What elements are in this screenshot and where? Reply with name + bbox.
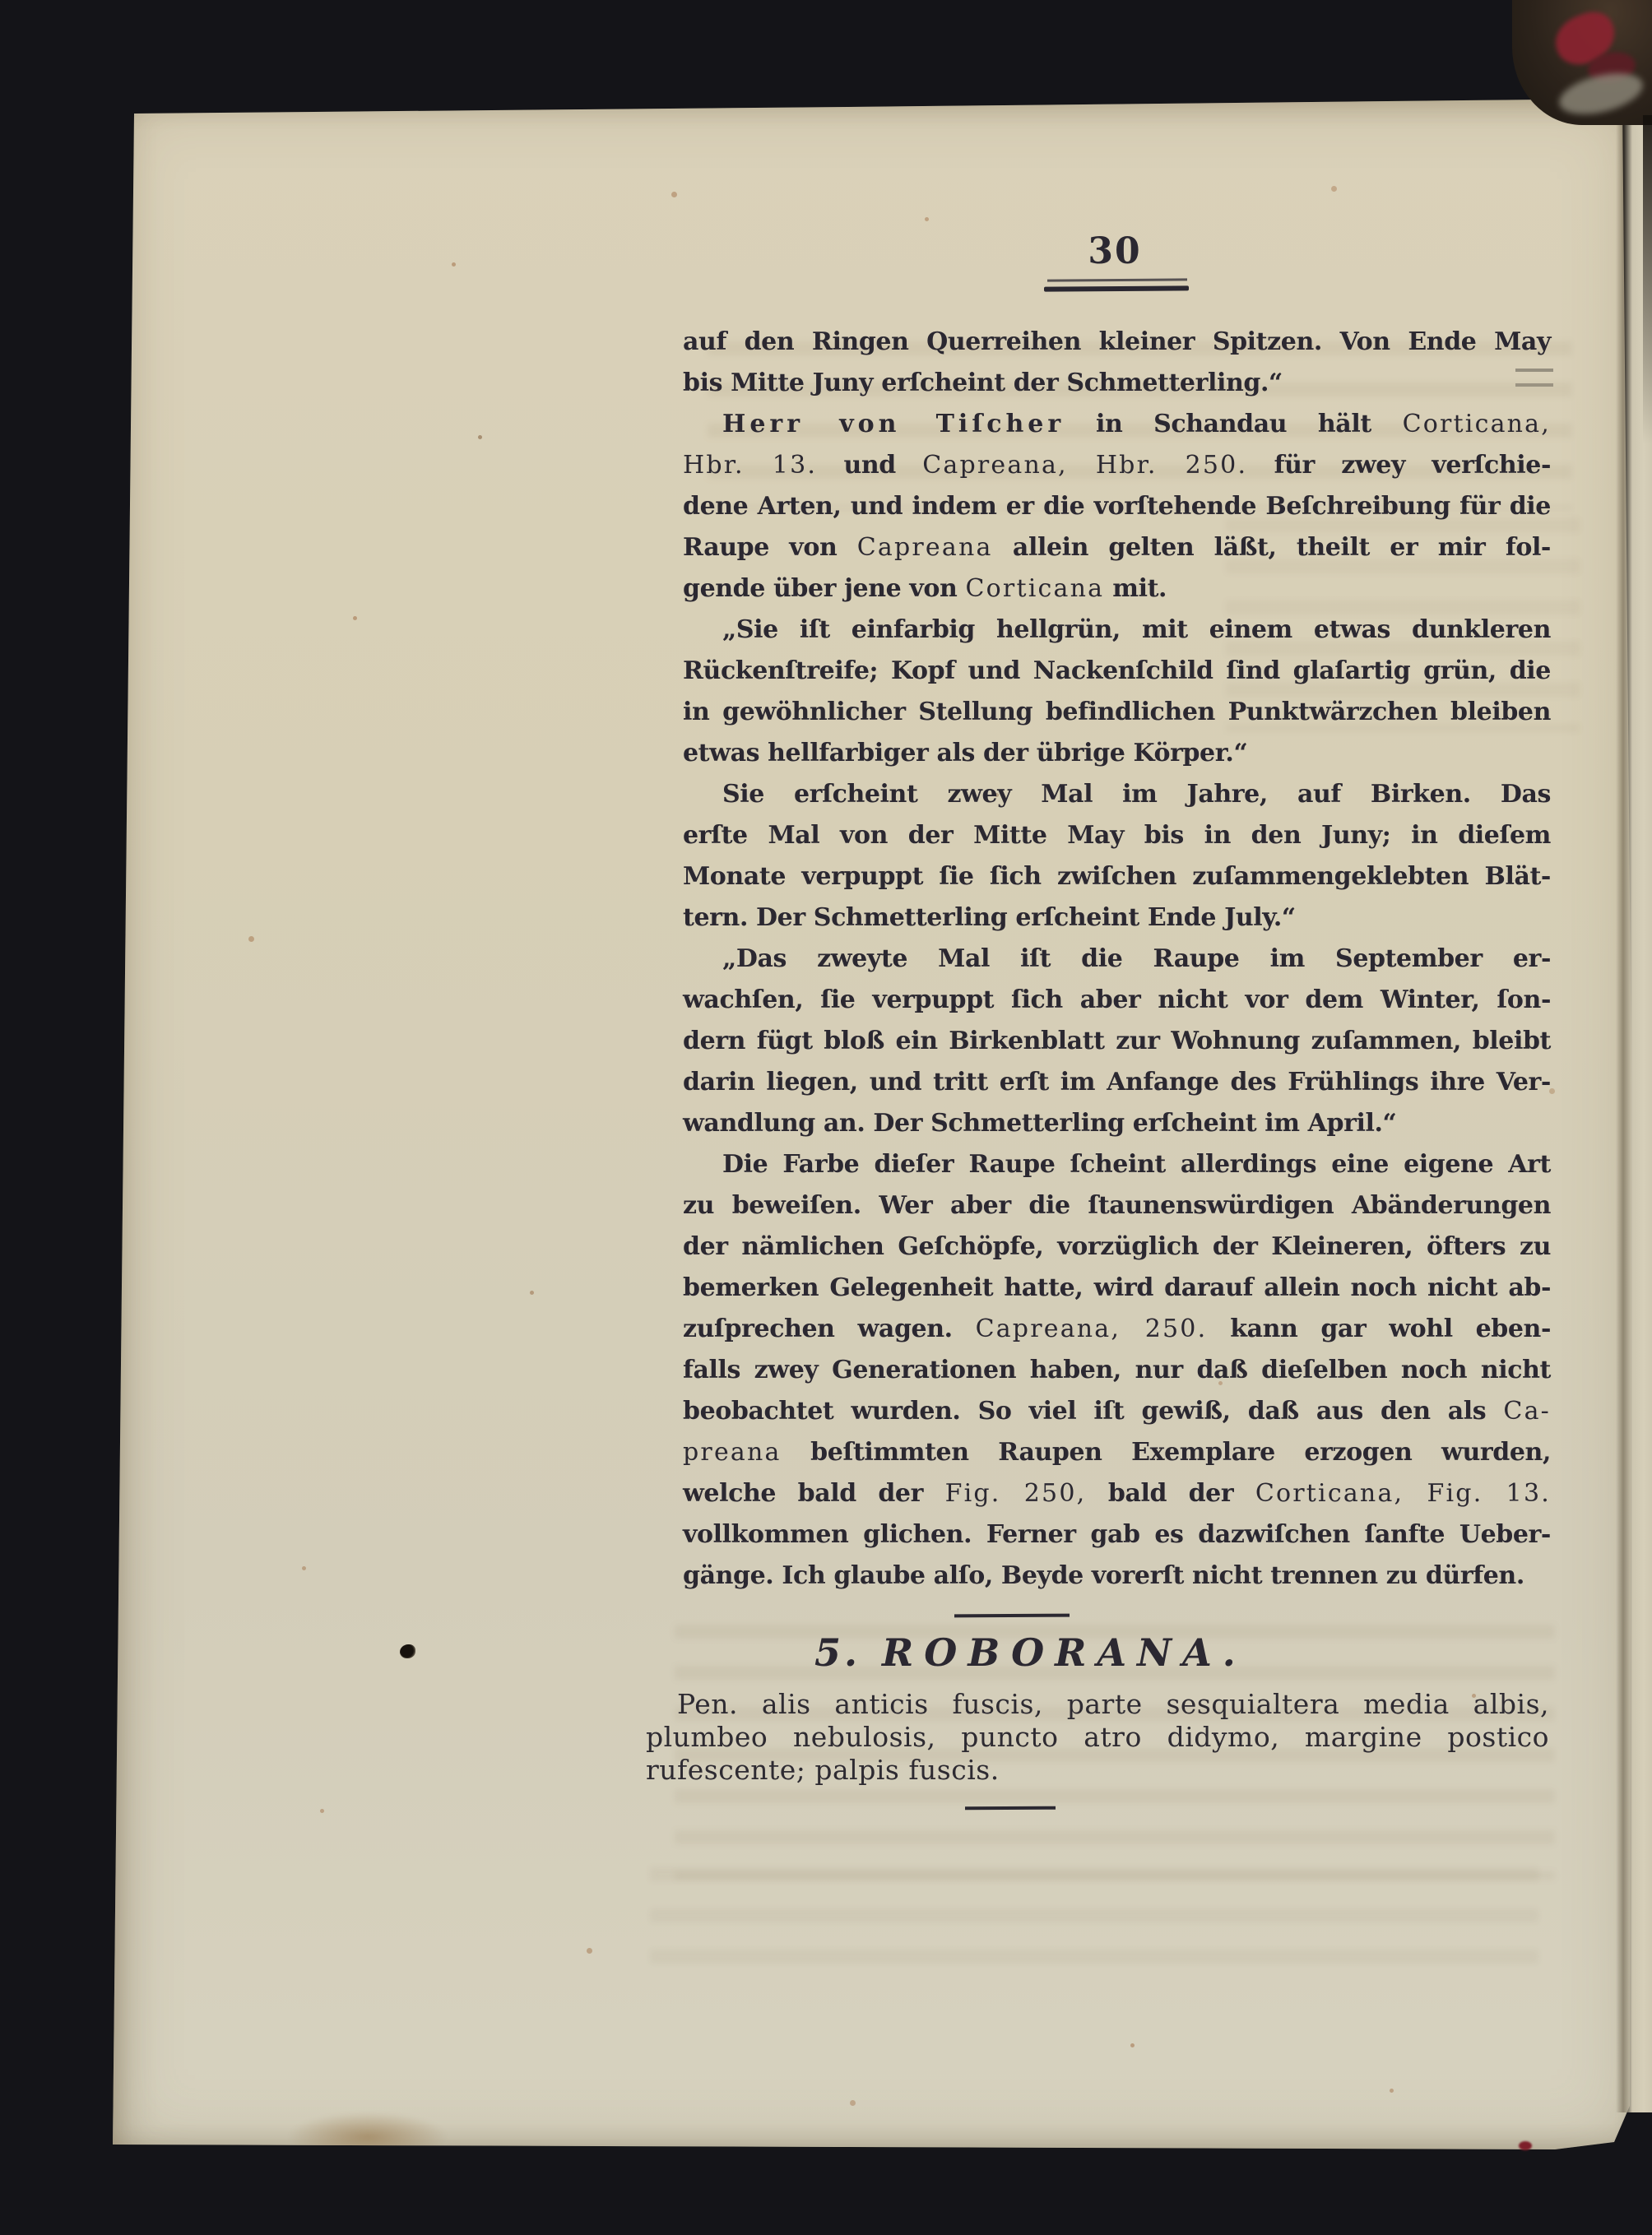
antiqua-text: Hbr. 13. — [683, 451, 817, 480]
body-line: erſte Mal von der Mitte May bis in den J… — [683, 815, 1551, 856]
fraktur-text: „Das zweyte Mal iſt die Raupe im Septemb… — [722, 944, 1551, 973]
body-line: bemerken Gelegenheit hatte, wird darauf … — [683, 1268, 1551, 1309]
fraktur-text: Rückenſtreife; Kopf und Nackenſchild ſin… — [683, 656, 1551, 685]
body-line: zu beweiſen. Wer aber die ſtaunenswürdig… — [683, 1185, 1551, 1226]
antiqua-text: Corticana, Fig. 13. — [1255, 1479, 1551, 1508]
fraktur-text: Sie erſcheint zwey Mal im Jahre, auf Bir… — [722, 780, 1551, 809]
fraktur-text: mit. — [1104, 574, 1167, 603]
body-line: Hbr. 13. und Capreana, Hbr. 250. für zwe… — [683, 445, 1551, 486]
page: 30 auf den Ringen Querreihen kleiner Spi… — [107, 90, 1639, 2157]
separator-rule-bottom — [965, 1806, 1056, 1811]
fraktur-text: tern. Der Schmetterling erſcheint Ende J… — [683, 903, 1296, 932]
right-edge-shadow — [1643, 115, 1652, 444]
fraktur-text: Raupe von — [683, 533, 857, 562]
body-line: dene Arten, und indem er die vorſtehende… — [683, 486, 1551, 527]
ink-dot-blemish — [400, 1644, 415, 1658]
fraktur-text: kann gar wohl eben- — [1207, 1315, 1551, 1343]
fraktur-text: erſte Mal von der Mitte May bis in den J… — [683, 821, 1551, 850]
antiqua-text: Corticana, — [1403, 410, 1551, 438]
fraktur-text: der nämlichen Geſchöpfe, vorzüglich der … — [683, 1232, 1551, 1261]
body-line: beobachtet wurden. So viel iſt gewiß, da… — [683, 1391, 1551, 1432]
page-number-rule-thick — [1044, 285, 1189, 291]
body-line: auf den Ringen Querreihen kleiner Spitze… — [683, 322, 1551, 363]
fraktur-text: beſtimmten Raupen Exemplare erzogen wurd… — [782, 1438, 1551, 1467]
separator-rule-top — [954, 1614, 1070, 1618]
page-number-rule-thin — [1047, 278, 1187, 281]
body-line: falls zwey Generationen haben, nur daß d… — [683, 1350, 1551, 1391]
antiqua-text: Fig. 250, — [945, 1479, 1087, 1508]
body-line: bis Mitte Juny erſcheint der Schmetterli… — [683, 363, 1551, 404]
fraktur-text: „Sie iſt einfarbig hellgrün, mit einem e… — [722, 615, 1551, 644]
body-line: zuſprechen wagen. Capreana, 250. kann ga… — [683, 1309, 1551, 1350]
body-line: Monate verpuppt ſie ſich zwiſchen zuſamm… — [683, 856, 1551, 897]
red-edge-speck — [1519, 2141, 1532, 2150]
fraktur-text: Herr von Tiſcher — [722, 410, 1065, 438]
antiqua-text: Corticana — [966, 574, 1105, 603]
scan-canvas: { "page": { "number": "30" }, "colors": … — [0, 0, 1652, 2235]
fraktur-text: Monate verpuppt ſie ſich zwiſchen zuſamm… — [683, 862, 1551, 891]
body-line: Herr von Tiſcher in Schandau hält Cortic… — [683, 404, 1551, 445]
body-line: in gewöhnlicher Stellung befindlichen Pu… — [683, 692, 1551, 733]
fraktur-text: dene Arten, und indem er die vorſtehende… — [683, 492, 1551, 521]
german-text-block: auf den Ringen Querreihen kleiner Spitze… — [683, 322, 1551, 1597]
fraktur-text: allein gelten läßt, theilt er mir fol- — [993, 533, 1551, 562]
fraktur-text: auf den Ringen Querreihen kleiner Spitze… — [683, 327, 1551, 356]
fraktur-text: etwas hellfarbiger als der übrige Körper… — [683, 739, 1247, 767]
fraktur-text: zuſprechen wagen. — [683, 1315, 976, 1343]
latin-line: Pen. alis anticis fuscis, parte sesquial… — [646, 1688, 1549, 1721]
fraktur-text: wachſen, ſie verpuppt ſich aber nicht vo… — [683, 985, 1551, 1014]
fraktur-text: und — [817, 451, 922, 480]
binding-stone-streak — [1555, 66, 1647, 122]
body-line: gende über jene von Corticana mit. — [683, 568, 1551, 610]
antiqua-text: Ca- — [1503, 1397, 1551, 1426]
section-number: 5. — [814, 1630, 861, 1675]
paper-specks — [107, 90, 109, 93]
page-number: 30 — [1032, 230, 1197, 272]
fraktur-text: bis Mitte Juny erſcheint der Schmetterli… — [683, 369, 1283, 397]
fraktur-text: Die Farbe dieſer Raupe ſcheint allerding… — [722, 1150, 1551, 1179]
fraktur-text: bald der — [1086, 1479, 1255, 1508]
bleed-through-ghost — [650, 1867, 1538, 1966]
body-line: gänge. Ich glaube alſo, Beyde vorerſt ni… — [683, 1556, 1551, 1597]
body-line: darin liegen, und tritt erſt im Anfange … — [683, 1062, 1551, 1103]
fraktur-text: gende über jene von — [683, 574, 966, 603]
fraktur-text: welche bald der — [683, 1479, 945, 1508]
body-line: „Das zweyte Mal iſt die Raupe im Septemb… — [683, 939, 1551, 980]
body-line: wachſen, ſie verpuppt ſich aber nicht vo… — [683, 980, 1551, 1021]
body-line: vollkommen glichen. Ferner gab es dazwiſ… — [683, 1514, 1551, 1556]
antiqua-text: preana — [683, 1438, 782, 1467]
body-line: der nämlichen Geſchöpfe, vorzüglich der … — [683, 1226, 1551, 1268]
body-line: tern. Der Schmetterling erſcheint Ende J… — [683, 897, 1551, 939]
fraktur-text: vollkommen glichen. Ferner gab es dazwiſ… — [683, 1520, 1551, 1549]
fraktur-text: in Schandau hält — [1065, 410, 1402, 438]
latin-text-block: Pen. alis anticis fuscis, parte sesquial… — [646, 1688, 1549, 1787]
section-heading: 5.ROBORANA. — [814, 1630, 1209, 1683]
fraktur-text: beobachtet wurden. So viel iſt gewiß, da… — [683, 1397, 1503, 1426]
antiqua-text: Capreana — [857, 533, 993, 562]
body-line: „Sie iſt einfarbig hellgrün, mit einem e… — [683, 610, 1551, 651]
body-line: wandlung an. Der Schmetterling erſcheint… — [683, 1103, 1551, 1144]
antiqua-text: Capreana, 250. — [976, 1315, 1208, 1343]
body-line: Die Farbe dieſer Raupe ſcheint allerding… — [683, 1144, 1551, 1185]
fraktur-text: in gewöhnlicher Stellung befindlichen Pu… — [683, 698, 1551, 726]
body-line: preana beſtimmten Raupen Exemplare erzog… — [683, 1432, 1551, 1473]
fraktur-text: bemerken Gelegenheit hatte, wird darauf … — [683, 1273, 1551, 1302]
fraktur-text: wandlung an. Der Schmetterling erſcheint… — [683, 1109, 1396, 1138]
body-line: dern fügt bloß ein Birkenblatt zur Wohnu… — [683, 1021, 1551, 1062]
section-title: ROBORANA. — [882, 1630, 1246, 1675]
fraktur-text: dern fügt bloß ein Birkenblatt zur Wohnu… — [683, 1027, 1551, 1055]
antiqua-text: Capreana, Hbr. 250. — [922, 451, 1247, 480]
latin-line: plumbeo nebulosis, puncto atro didymo, m… — [646, 1721, 1549, 1754]
bottom-edge-stain — [290, 2112, 446, 2154]
latin-line: rufescente; palpis fuscis. — [646, 1754, 1549, 1787]
fraktur-text: zu beweiſen. Wer aber die ſtaunenswürdig… — [683, 1191, 1551, 1220]
fraktur-text: falls zwey Generationen haben, nur daß d… — [683, 1356, 1551, 1384]
body-line: Raupe von Capreana allein gelten läßt, t… — [683, 527, 1551, 568]
body-line: etwas hellfarbiger als der übrige Körper… — [683, 733, 1551, 774]
body-line: Sie erſcheint zwey Mal im Jahre, auf Bir… — [683, 774, 1551, 815]
body-line: Rückenſtreife; Kopf und Nackenſchild ſin… — [683, 651, 1551, 692]
fraktur-text: für zwey verſchie- — [1247, 451, 1551, 480]
fraktur-text: gänge. Ich glaube alſo, Beyde vorerſt ni… — [683, 1561, 1524, 1590]
body-line: welche bald der Fig. 250, bald der Corti… — [683, 1473, 1551, 1514]
fraktur-text: darin liegen, und tritt erſt im Anfange … — [683, 1068, 1551, 1097]
